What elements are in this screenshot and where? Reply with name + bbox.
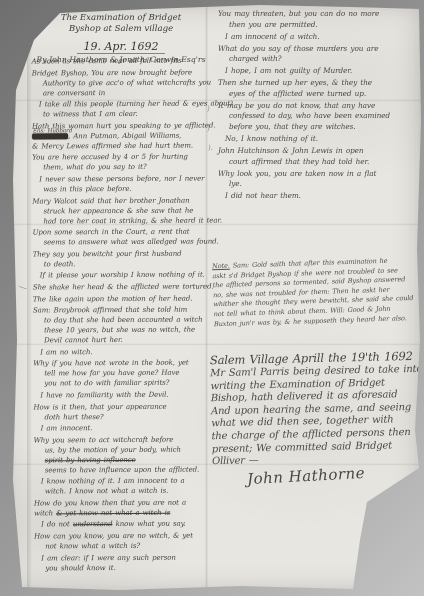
strikethrough-text: spirit by having influence [45, 456, 136, 464]
manuscript-line: seems to have influence upon the afflict… [45, 464, 210, 475]
manuscript-line: I am no witch. [40, 346, 209, 357]
manuscript-line: charged with? [229, 54, 420, 65]
manuscript-line: Devil cannot hurt her. [44, 335, 209, 346]
attestation-block: Salem Village Aprill the 19'th 1692 Mr S… [210, 349, 422, 469]
manuscript-line: & Mercy Lewes affirmed she had hurt them… [32, 140, 208, 151]
manuscript-line: witch & yet know not what a witch is [34, 507, 210, 518]
manuscript-line: court affirmed that they had told her. [229, 157, 420, 168]
manuscript-line: Then she turned up her eyes, & they the [218, 78, 420, 89]
manuscript-line: to death. [44, 258, 209, 269]
manuscript-line: No, I know nothing of it. [225, 134, 420, 145]
manuscript-line: Authority to give acc'o of what witchcra… [43, 77, 208, 88]
manuscript-line: You are here accused by 4 or 5 for hurti… [32, 152, 208, 163]
manuscript-line: lye. [229, 179, 420, 190]
inserted-correction: Elis: Hubbard [33, 126, 72, 136]
note-label: Note. [212, 262, 230, 271]
manuscript-line: I am innocent of a witch. [225, 32, 420, 43]
strikethrough-text: & yet know not what a witch is [56, 509, 170, 518]
manuscript-paper: 5 The Examination of Bridget Byshop at S… [0, 0, 424, 596]
manuscript-line: Bridget Byshop, You are now brought befo… [32, 67, 208, 78]
manuscript-line: Why look you, you are taken now in a fla… [218, 169, 420, 180]
manuscript-line: I hope, I am not guilty of Murder. [225, 66, 420, 77]
stray-ink-mark: ). [208, 144, 213, 152]
manuscript-line: John Hutchinson & John Lewis in open [218, 146, 420, 157]
manuscript-line: She shake her head & the afflicted were … [33, 281, 209, 292]
manuscript-line: I am innocent. [41, 423, 210, 434]
manuscript-line: them, what do you say to it? [43, 162, 208, 173]
manuscript-line: then you are permitted. [229, 20, 420, 31]
strikethrough-text: understand [73, 521, 113, 529]
manuscript-line: You may threaten, but you can do no more [218, 9, 420, 20]
manuscript-line: I know nothing of it. I am innocent to a [41, 476, 210, 487]
marginal-note-block: Note.Sam: Gold saith that after this exa… [212, 256, 422, 330]
manuscript-line: The like again upon the motion of her he… [33, 293, 209, 304]
manuscript-line: witch. I know not what a witch is. [45, 486, 210, 497]
heading-title-line: Byshop at Salem village [28, 24, 214, 35]
manuscript-line: to witness that I am clear. [43, 109, 208, 120]
manuscript-line: you should know it. [45, 562, 210, 573]
manuscript-line: What do you say of those murders you are [218, 44, 420, 55]
manuscript-line: before you, that they are witches. [229, 122, 420, 133]
heading-title-line: The Examination of Bridget [28, 13, 214, 24]
manuscript-line: I have no familiarity with the Devil. [40, 389, 209, 400]
line-text: know what you say. [116, 520, 186, 528]
page-number: 5 [27, 23, 32, 32]
manuscript-line: As soon as she came near all fell into f… [32, 56, 208, 67]
heading-date: 19. Apr. 1692 [77, 40, 164, 54]
redaction-mark: Elis: Hubbard [32, 133, 68, 139]
manuscript-line: If it please your worship I know nothing… [40, 270, 209, 281]
manuscript-line: struck her appearance & she saw that he [43, 205, 208, 216]
manuscript-line: doth hurt these? [45, 411, 210, 422]
manuscript-line: seems to answere what was alledged was f… [44, 237, 209, 248]
line-text: witch [34, 509, 53, 517]
manuscript-line: confessed to day, who have been examined [229, 111, 420, 122]
manuscript-line: was in this place before. [43, 184, 208, 195]
manuscript-line: Why if you have not wrote in the book, y… [33, 358, 209, 369]
manuscript-line: these 10 years, but she was no witch, th… [44, 325, 209, 336]
manuscript-line: had tore her coat in striking, & she hea… [43, 215, 208, 226]
manuscript-line: not know what a witch is? [45, 541, 210, 552]
manuscript-line: I never saw these persons before, nor I … [39, 174, 208, 185]
line-text: I do not [41, 521, 70, 529]
stray-ink-mark: ) [207, 105, 210, 113]
manuscript-line: you not to do with familiar spirits? [44, 378, 209, 389]
manuscript-line: Mary Walcot said that her brother Jonath… [32, 195, 208, 206]
right-text-column: You may threaten, but you can do no more… [218, 9, 420, 202]
scanned-document: { "doc": { "page_number": "5", "heading"… [0, 0, 424, 596]
manuscript-line: How can you know, you are no witch, & ye… [34, 531, 210, 542]
manuscript-line: are conversant in [43, 87, 208, 98]
manuscript-line: eyes of the afflicted were turned up. [229, 89, 420, 100]
manuscript-line: It may be you do not know, that any have [218, 101, 420, 112]
line-text: , Ann Putman, Abigail Williams, [68, 131, 181, 140]
manuscript-line: I take all this people (turning her head… [39, 99, 208, 110]
manuscript-line: I do not understand know what you say. [41, 519, 210, 530]
stray-ink-mark: ) [207, 125, 210, 133]
manuscript-line: I did not hear them. [225, 191, 420, 202]
left-text-column: As soon as she came near all fell into f… [32, 56, 211, 574]
manuscript-line: How do you know then that you are not a [34, 497, 210, 508]
